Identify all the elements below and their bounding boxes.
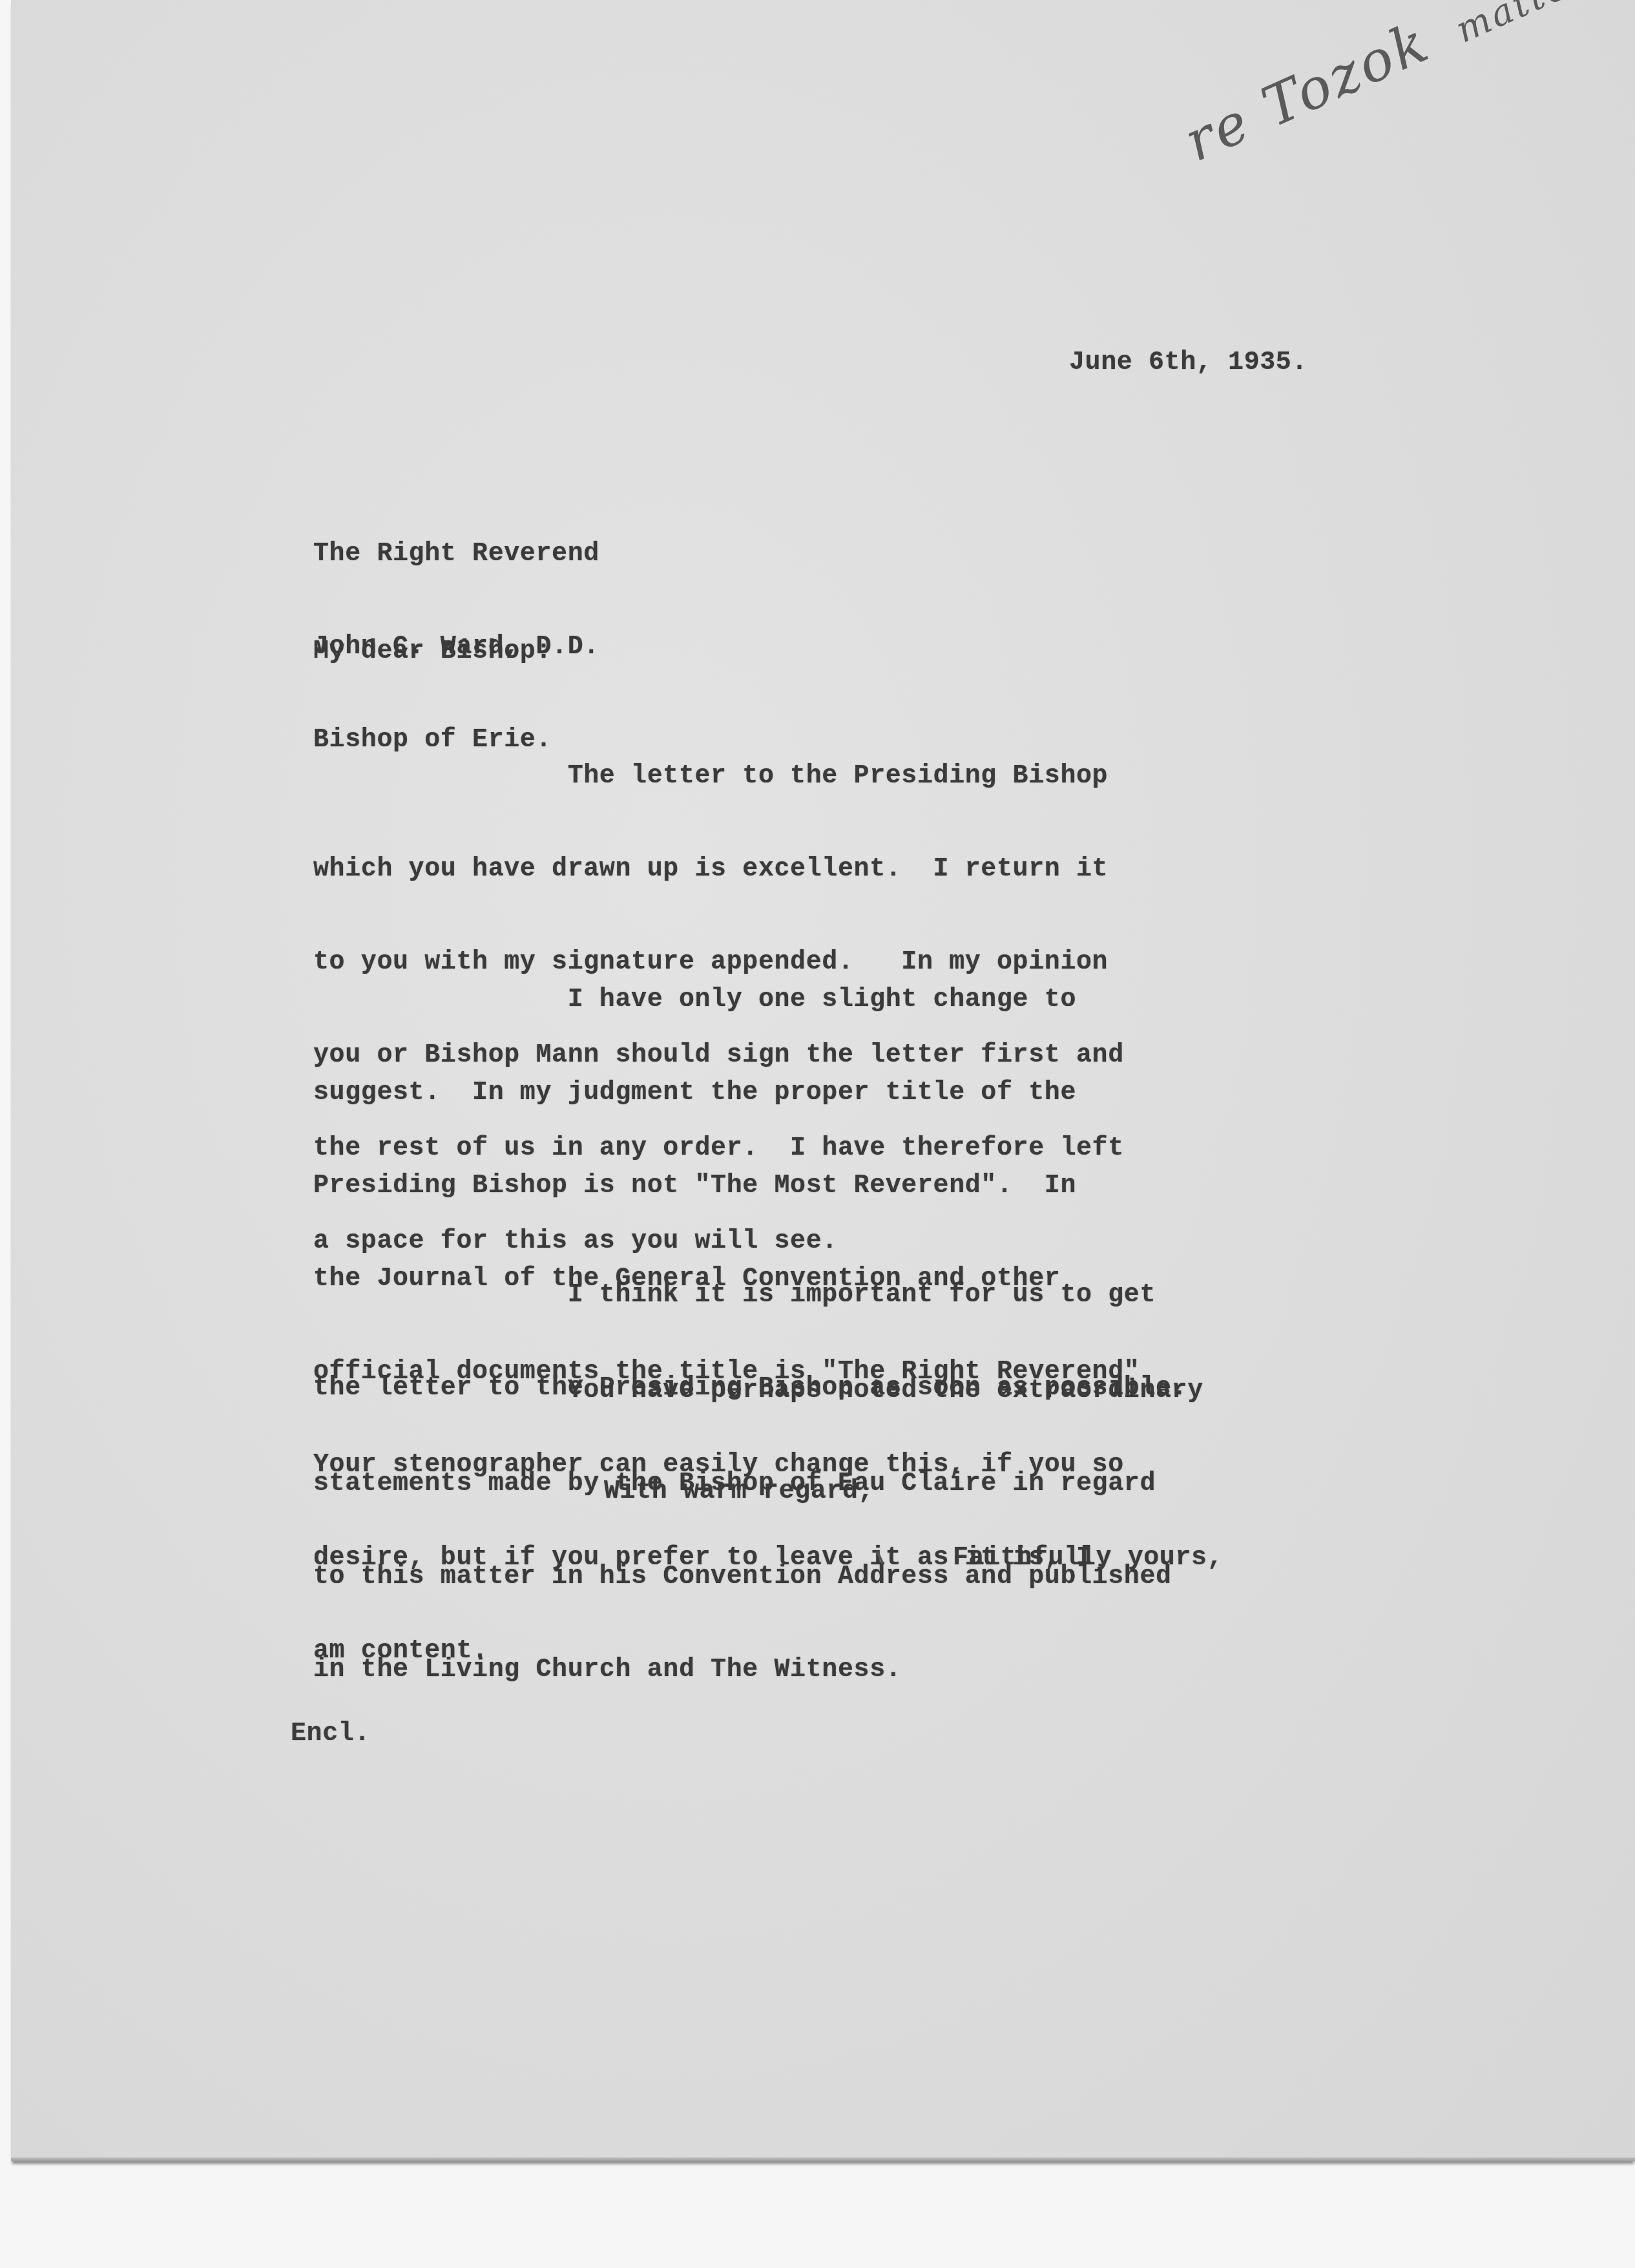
closing: With warm regard,: [604, 1476, 874, 1507]
paragraph-line: which you have drawn up is excellent. I …: [313, 854, 1124, 885]
paragraph-line: You have perhaps noted the extraordinary: [313, 1376, 1203, 1407]
salutation: My dear Bishop:: [313, 636, 552, 667]
paragraph-4: You have perhaps noted the extraordinary…: [313, 1314, 1203, 1717]
paragraph-line: in the Living Church and The Witness.: [313, 1655, 1203, 1686]
address-line: The Right Reverend: [313, 539, 599, 570]
signoff: Faithfully yours,: [953, 1543, 1223, 1574]
letter-date: June 6th, 1935.: [1069, 348, 1307, 379]
paragraph-line: I think it is important for us to get: [313, 1280, 1187, 1311]
paragraph-line: suggest. In my judgment the proper title…: [313, 1078, 1140, 1109]
paragraph-line: Presiding Bishop is not "The Most Revere…: [313, 1171, 1140, 1202]
paragraph-line: The letter to the Presiding Bishop: [313, 761, 1124, 792]
paragraph-line: I have only one slight change to: [313, 985, 1140, 1016]
enclosure-note: Encl.: [291, 1719, 370, 1750]
